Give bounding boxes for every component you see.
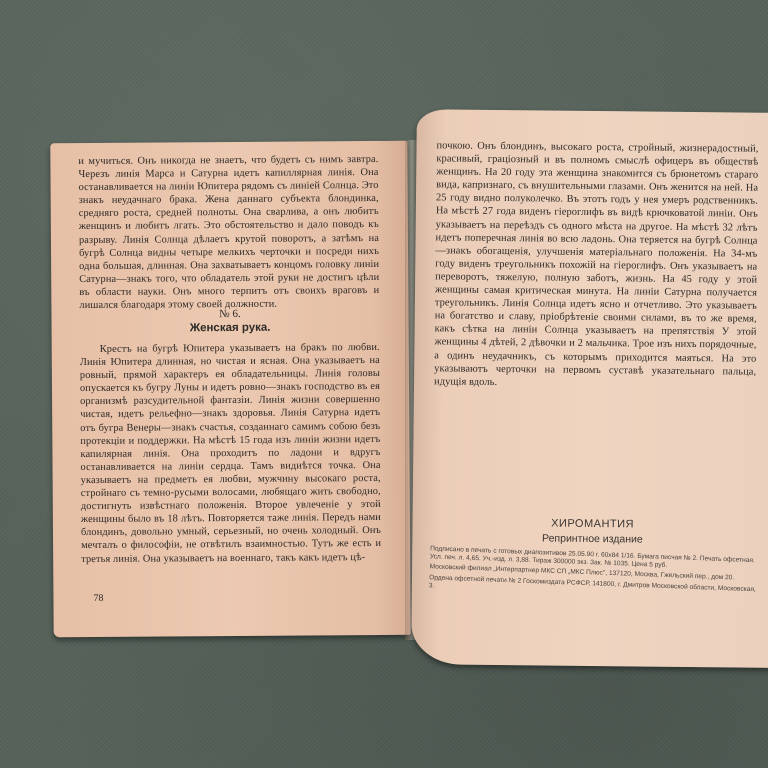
paragraph-text: и мучиться. Онъ никогда не знаетъ, что б… [78,153,379,312]
chapter-number: № 6. [51,307,408,321]
page-number: 78 [93,593,103,604]
colophon-subtitle: Репринтное издание [412,531,768,547]
colophon-imprint: Подписано в печать с готовых диапозитиво… [429,545,762,604]
right-body-paragraph: почкою. Онъ блондинъ, высокаго роста, ст… [434,139,759,391]
colophon-title: ХИРОМАНТИЯ [413,516,768,532]
left-top-paragraph: и мучиться. Онъ никогда не знаетъ, что б… [78,153,379,312]
chapter-title: Женская рука. [52,321,409,335]
paragraph-text: почкою. Онъ блондинъ, высокаго роста, ст… [434,139,759,391]
open-book: и мучиться. Онъ никогда не знаетъ, что б… [0,0,768,768]
left-body-paragraph: Крестъ на бугрѣ Юпитера указываетъ на бр… [80,341,382,566]
right-page: почкою. Онъ блондинъ, высокаго роста, ст… [411,109,768,668]
paragraph-text: Крестъ на бугрѣ Юпитера указываетъ на бр… [80,341,382,566]
left-page: и мучиться. Онъ никогда не знаетъ, что б… [50,141,410,637]
